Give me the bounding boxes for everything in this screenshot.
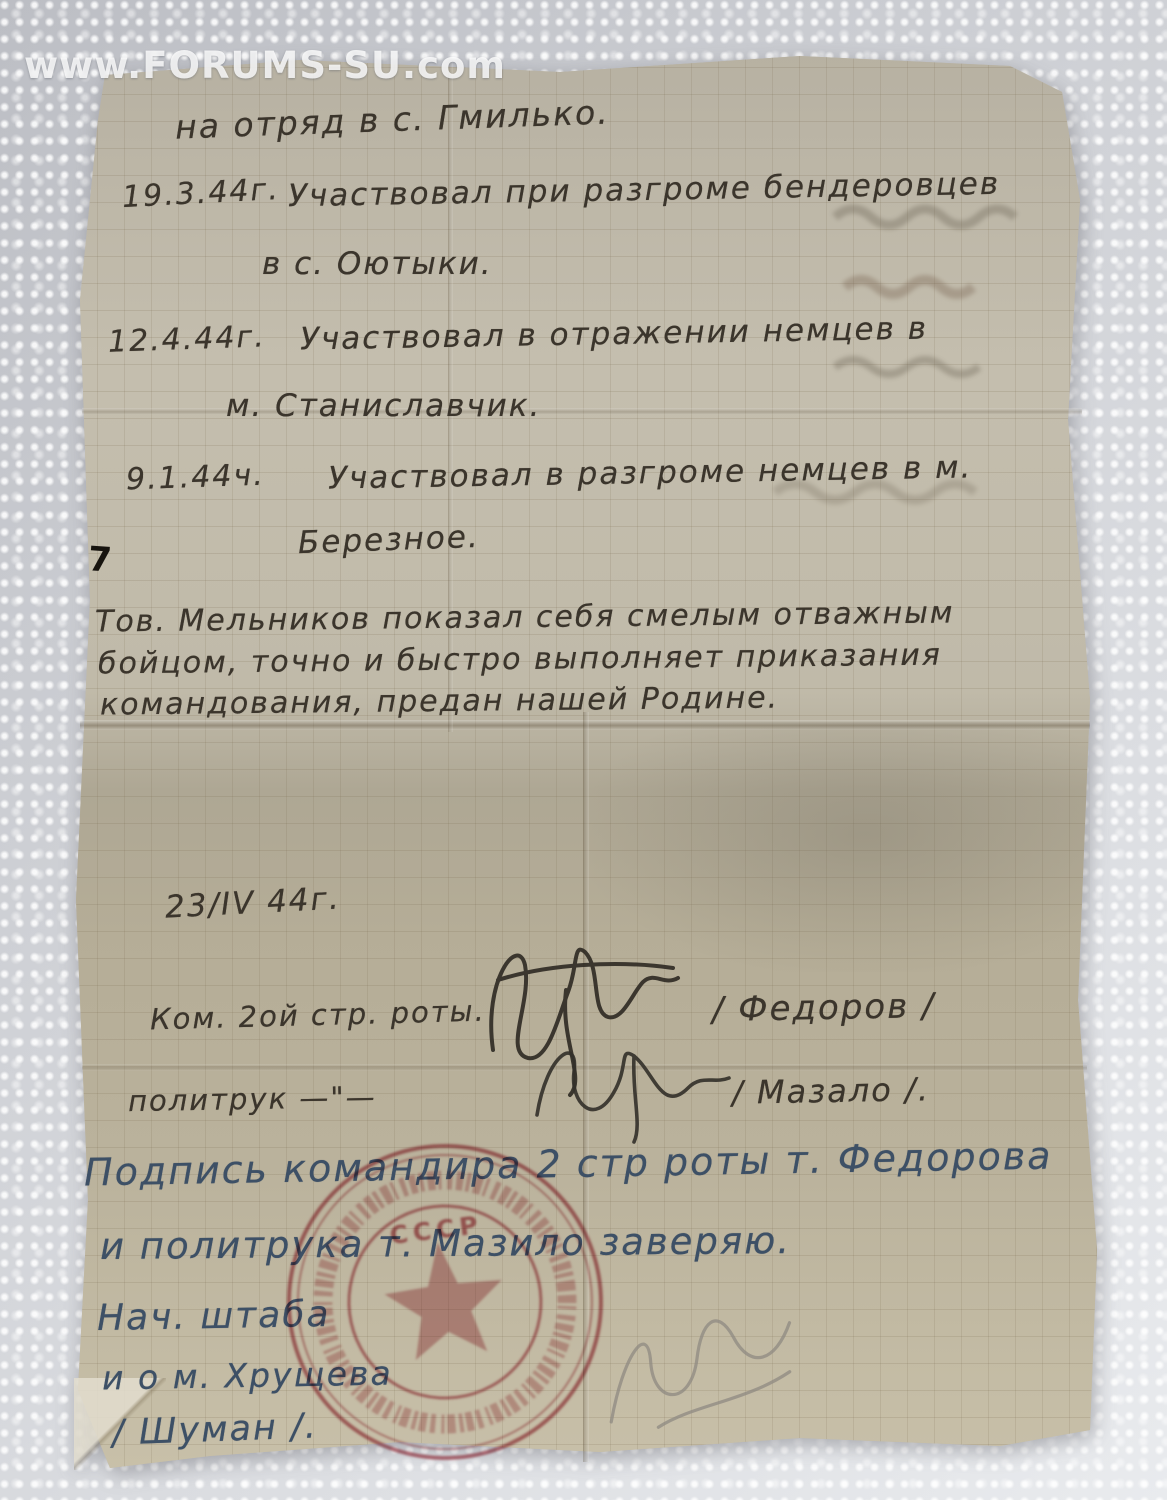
- margin-mark: 7: [87, 539, 113, 581]
- entry-1-place: в с. Оютыки.: [262, 246, 493, 282]
- sign-line-2-role: политрук —"—: [128, 1080, 377, 1118]
- watermark: www.FORUMS-SU.com: [24, 44, 506, 87]
- entry-3-place: Березное.: [297, 519, 480, 561]
- entry-2-date: 12.4.44г.: [107, 319, 266, 359]
- round-stamp: СССР: [216, 1106, 675, 1500]
- paragraph-line-3: командования, предан нашей Родине.: [100, 680, 779, 722]
- bleedthrough-writing: [830, 182, 1080, 412]
- entry-3-date: 9.1.44ч.: [125, 458, 265, 498]
- sign-line-2-name: / Мазало /.: [732, 1070, 931, 1111]
- entry-2-place: м. Станиславчик.: [226, 388, 541, 424]
- red-star-icon: [379, 1235, 510, 1363]
- sign-line-1-name: / Федоров /: [712, 986, 936, 1030]
